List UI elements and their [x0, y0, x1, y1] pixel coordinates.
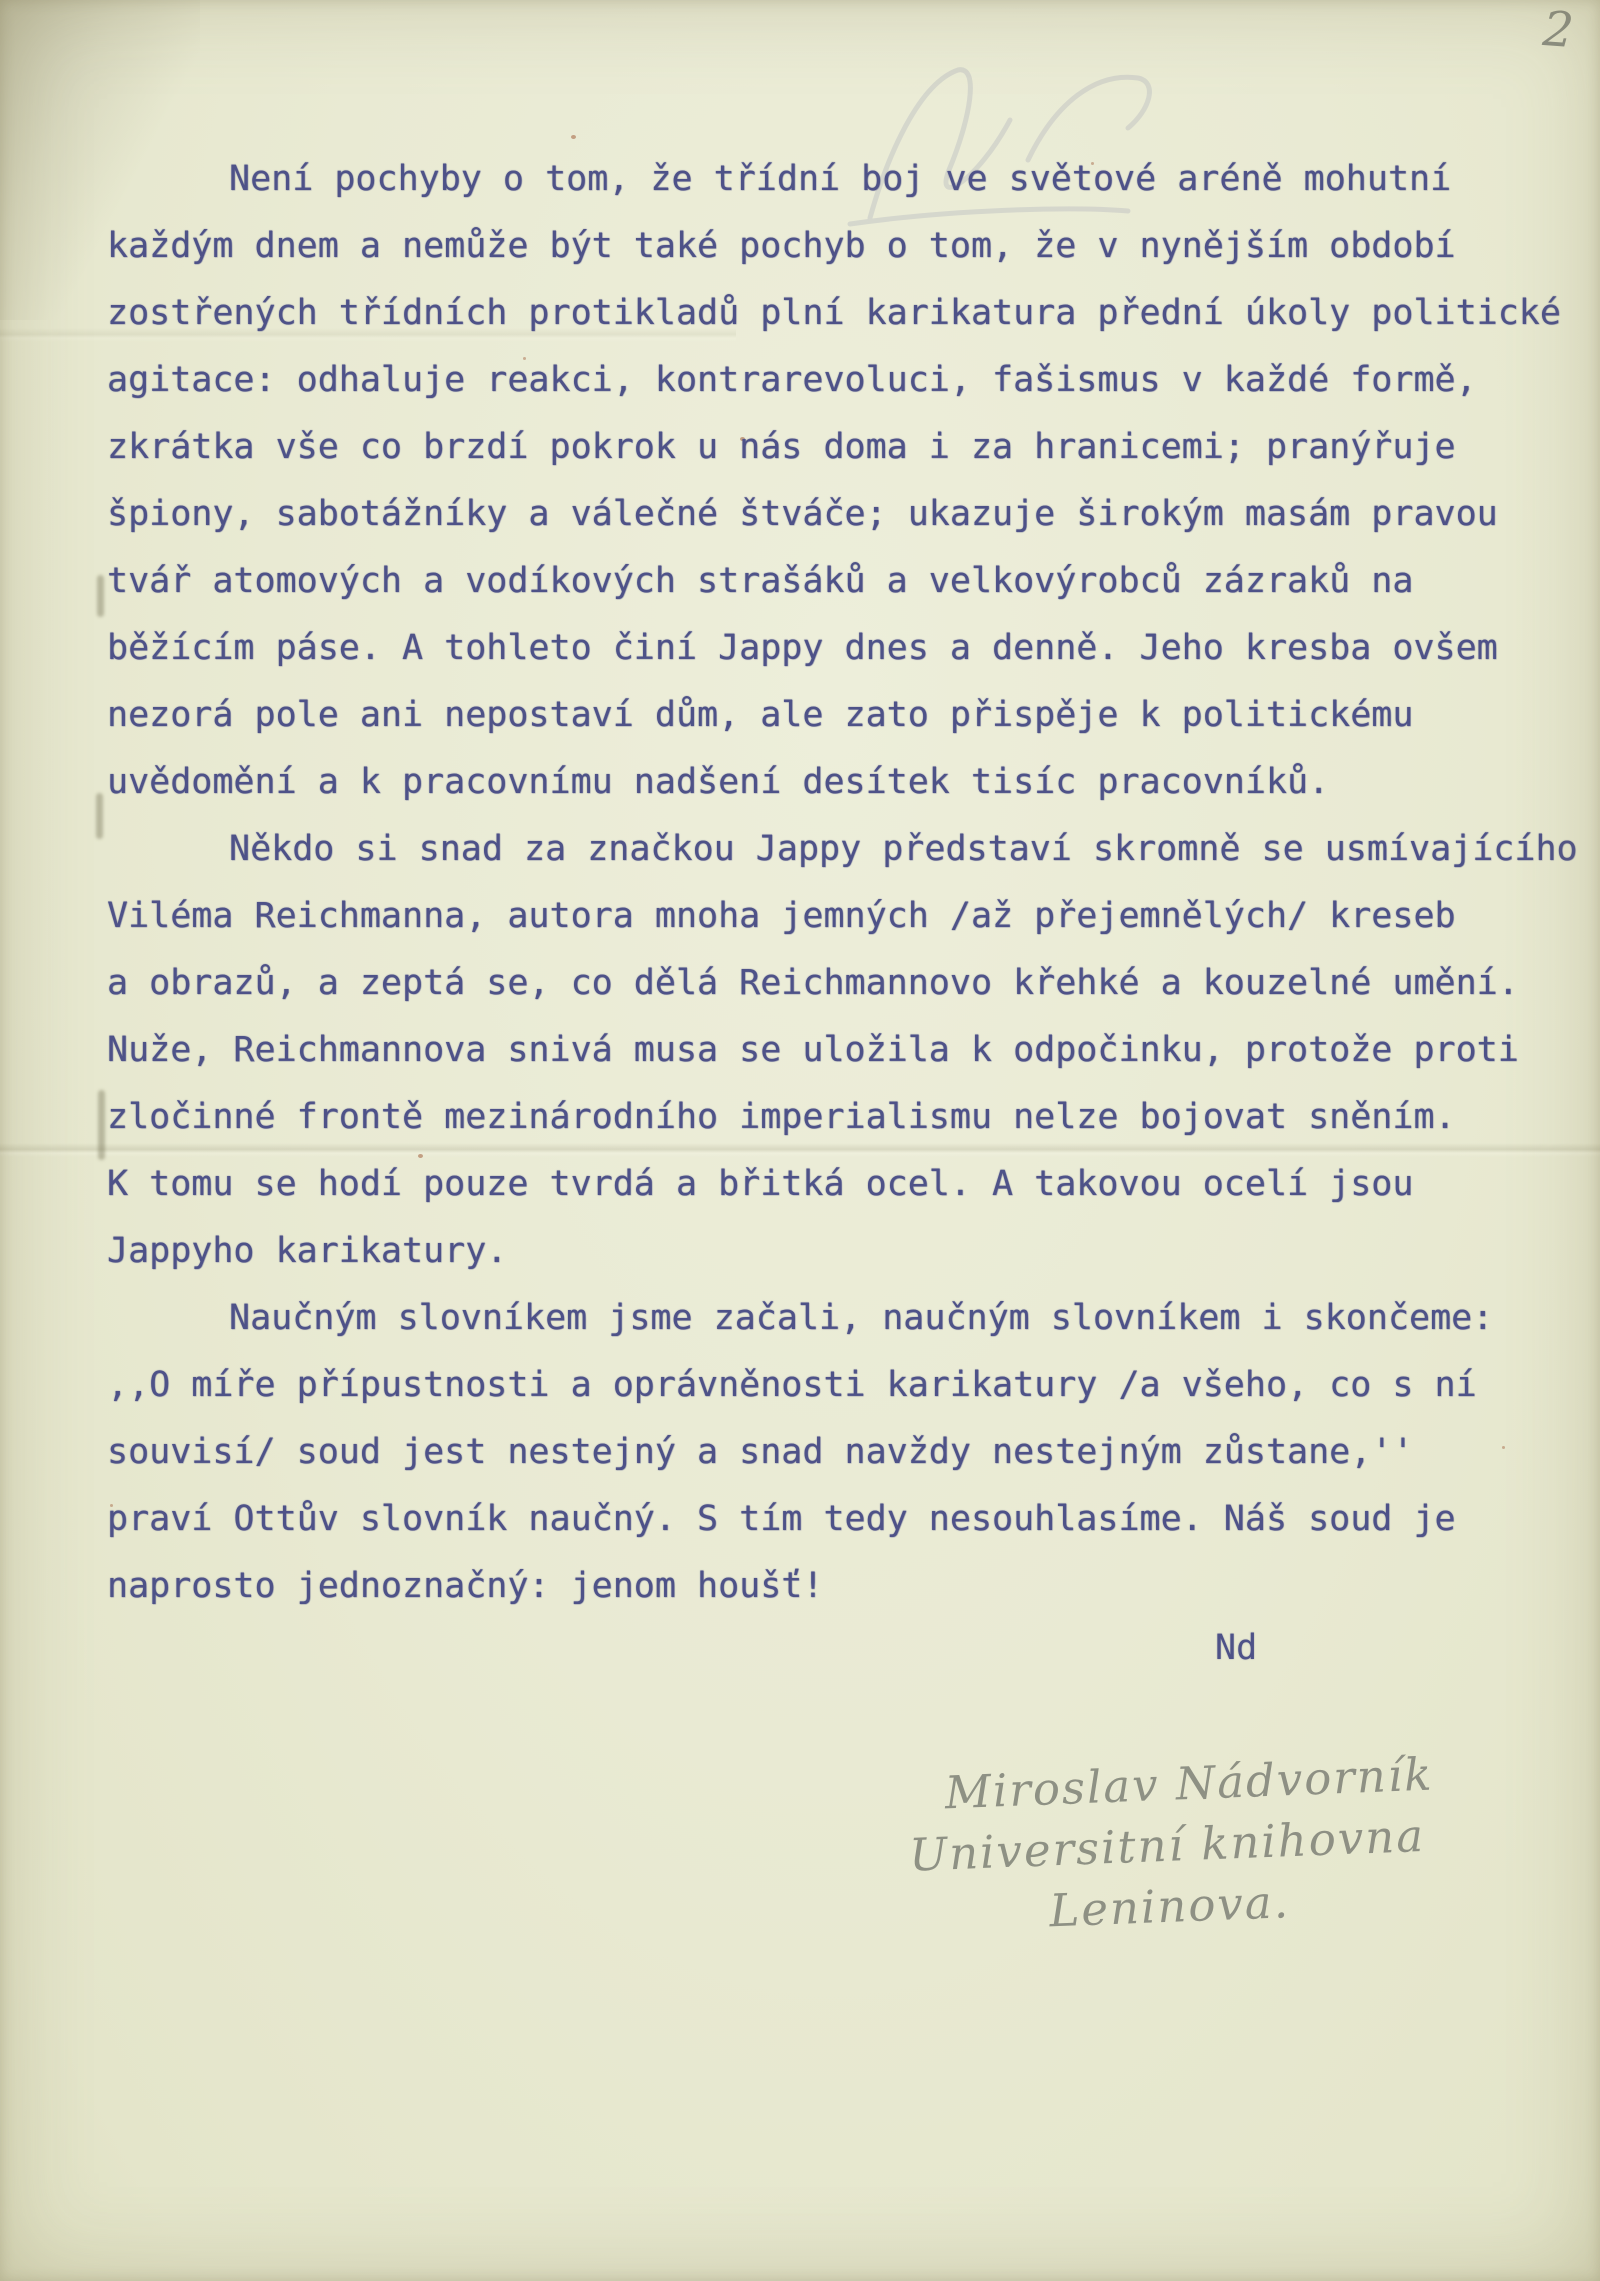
crease-mark — [96, 793, 103, 839]
crease-mark — [98, 1090, 105, 1160]
typed-line: praví Ottův slovník naučný. S tím tedy n… — [107, 1486, 1582, 1553]
typed-line: zkrátka vše co brzdí pokrok u nás doma i… — [107, 414, 1582, 481]
paragraph-2: Někdo si snad za značkou Jappy představí… — [107, 816, 1582, 1285]
typed-line: Nuže, Reichmannova snivá musa se uložila… — [107, 1017, 1582, 1084]
typed-line: tvář atomových a vodíkových strašáků a v… — [107, 548, 1582, 615]
paragraph-1: Není pochyby o tom, že třídní boj ve svě… — [107, 146, 1582, 816]
typed-line: nezorá pole ani nepostaví dům, ale zato … — [107, 682, 1582, 749]
typed-line: Někdo si snad za značkou Jappy představí… — [107, 816, 1582, 883]
typed-line: Naučným slovníkem jsme začali, naučným s… — [107, 1285, 1582, 1352]
typed-text-block: Není pochyby o tom, že třídní boj ve svě… — [107, 146, 1582, 1620]
typist-initials: Nd — [1215, 1628, 1257, 1668]
typed-line: uvědomění a k pracovnímu nadšení desítek… — [107, 749, 1582, 816]
paragraph-3: Naučným slovníkem jsme začali, naučným s… — [107, 1285, 1582, 1620]
typed-line: běžícím páse. A tohleto činí Jappy dnes … — [107, 615, 1582, 682]
typed-line: souvisí/ soud jest nestejný a snad navžd… — [107, 1419, 1582, 1486]
handwritten-signature: Miroslav NádvorníkUniversitní knihovnaLe… — [902, 1740, 1529, 1947]
typed-line: špiony, sabotážníky a válečné štváče; uk… — [107, 481, 1582, 548]
typed-line: každým dnem a nemůže být také pochyb o t… — [107, 213, 1582, 280]
typed-line: zostřených třídních protikladů plní kari… — [107, 280, 1582, 347]
handwritten-page-number: 2 — [1541, 1, 1575, 59]
paper-fleck — [571, 135, 576, 139]
typed-line: zločinné frontě mezinárodního imperialis… — [107, 1084, 1582, 1151]
typed-line: Jappyho karikatury. — [107, 1218, 1582, 1285]
scanned-letter-page: 2 Není pochyby o tom, že třídní boj ve s… — [0, 0, 1600, 2281]
typed-line: Viléma Reichmanna, autora mnoha jemných … — [107, 883, 1582, 950]
typed-line: Není pochyby o tom, že třídní boj ve svě… — [107, 146, 1582, 213]
typed-line: K tomu se hodí pouze tvrdá a břitká ocel… — [107, 1151, 1582, 1218]
typed-line: agitace: odhaluje reakci, kontrarevoluci… — [107, 347, 1582, 414]
crease-mark — [97, 575, 104, 617]
typed-line: naprosto jednoznačný: jenom houšť! — [107, 1553, 1582, 1620]
typed-line: ,,O míře přípustnosti a oprávněnosti kar… — [107, 1352, 1582, 1419]
typed-line: a obrazů, a zeptá se, co dělá Reichmanno… — [107, 950, 1582, 1017]
